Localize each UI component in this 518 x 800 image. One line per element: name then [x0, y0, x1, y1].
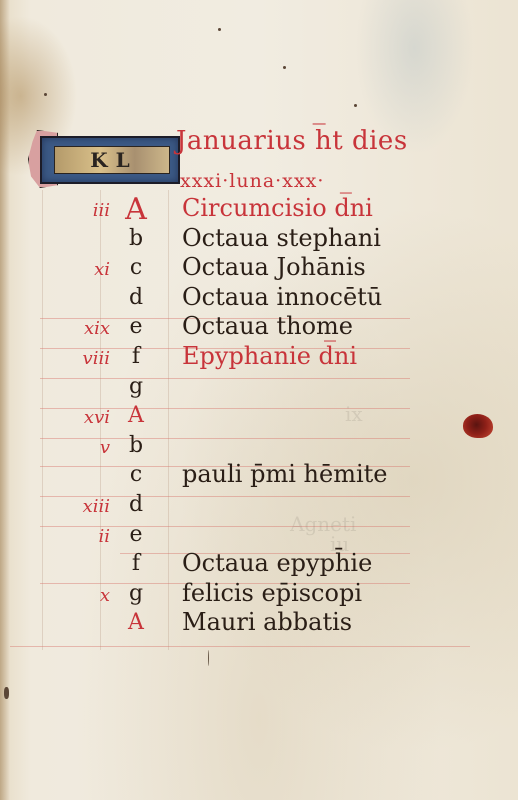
feast-entry: Octaua innocētū [182, 283, 382, 311]
golden-number: xi [60, 259, 110, 280]
feast-entry: Octaua stephani [182, 224, 381, 252]
speck [283, 66, 286, 69]
page-gutter-shadow [0, 0, 10, 800]
dominical-letter: A [124, 610, 148, 635]
dominical-letter: f [124, 551, 148, 576]
feast-entry: Octaua epyph̄ie [182, 549, 372, 577]
dominical-letter: e [124, 314, 148, 339]
feast-entry: Epyphanie d̅ni [182, 342, 357, 370]
illuminated-initial: KL [28, 130, 178, 188]
feast-entry: Octaua thome [182, 312, 353, 340]
feast-entry: Circumcisio d̅ni [182, 194, 373, 222]
red-wax-blot [463, 414, 493, 438]
dominical-letter: d [124, 285, 148, 310]
show-through-text: ix [345, 402, 363, 426]
dominical-letter: b [124, 226, 148, 251]
dominical-letter: g [124, 374, 148, 399]
speck [44, 93, 47, 96]
feast-entry: Mauri abbatis [182, 608, 352, 636]
column-rule-feast [168, 190, 169, 650]
dominical-letter: g [124, 581, 148, 606]
golden-number: v [60, 437, 110, 458]
dominical-letter: d [124, 492, 148, 517]
feast-entry: Octaua Johānis [182, 253, 366, 281]
illuminated-initial-icon: KL [62, 146, 166, 174]
speck [4, 687, 9, 699]
month-subheading: xxxi·luna·xxx· [180, 170, 324, 192]
dominical-letter: c [124, 462, 148, 487]
feast-entry: felicis ep̄iscopi [182, 579, 362, 607]
ruling-line [40, 378, 410, 379]
dominical-letter: f [124, 344, 148, 369]
dominical-letter: A [124, 403, 148, 428]
dominical-letter: c [124, 255, 148, 280]
golden-number: xix [60, 318, 110, 339]
speck [208, 650, 209, 666]
golden-number: xvi [60, 407, 110, 428]
feast-entry: pauli p̄mi hēmite [182, 460, 387, 488]
golden-number: viii [60, 348, 110, 369]
ruling-line [10, 646, 470, 647]
speck [218, 28, 221, 31]
dominical-letter: b [124, 433, 148, 458]
golden-number: ii [60, 526, 110, 547]
column-rule-left [42, 190, 43, 650]
golden-number: iii [60, 200, 110, 221]
dominical-letter: e [124, 522, 148, 547]
month-heading: Januarius h̅t dies [176, 126, 408, 156]
dominical-letter: A [124, 192, 148, 227]
golden-number: xiii [60, 496, 110, 517]
speck [354, 104, 357, 107]
parchment-page [0, 0, 518, 800]
golden-number: x [60, 585, 110, 606]
